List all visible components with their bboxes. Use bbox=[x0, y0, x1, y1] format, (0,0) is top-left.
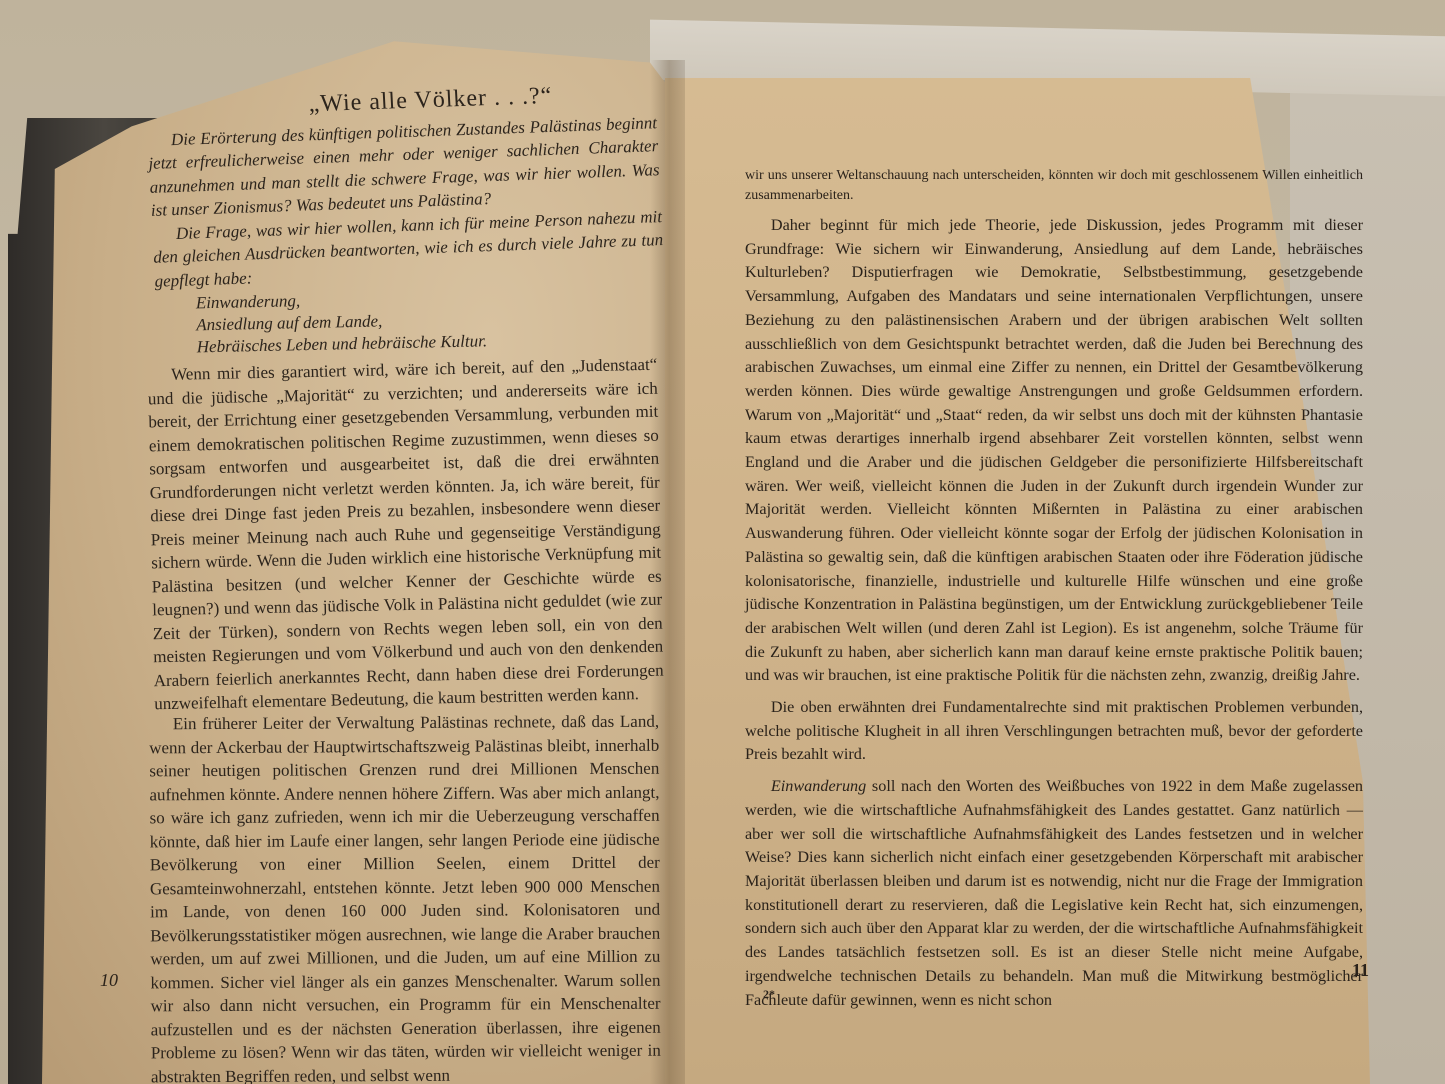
paragraph-intro: Die Erörterung des künftigen politischen… bbox=[147, 111, 662, 223]
page-number-right: 11 bbox=[1352, 960, 1369, 981]
left-page-mid-block: Einwanderung, Ansiedlung auf dem Lande, … bbox=[146, 283, 665, 716]
paragraph-daher: Daher beginnt für mich jede Theorie, jed… bbox=[745, 214, 1363, 688]
paragraph-continued: wir uns unserer Weltanschauung nach unte… bbox=[745, 166, 1363, 206]
paragraph-fundamental: Die oben erwähnten drei Fundamentalrecht… bbox=[745, 696, 1363, 767]
immigration-body: soll nach den Worten des Weißbuches von … bbox=[745, 777, 1363, 1008]
page-number-left: 10 bbox=[100, 970, 118, 991]
right-page-text: wir uns unserer Weltanschauung nach unte… bbox=[745, 166, 1363, 1012]
signature-mark: 2* bbox=[763, 987, 775, 1002]
paragraph-immigration: Einwanderung soll nach den Worten des We… bbox=[745, 775, 1363, 1012]
paragraph-population: Ein früherer Leiter der Verwaltung Paläs… bbox=[149, 709, 661, 1084]
left-page-low-block: Ein früherer Leiter der Verwaltung Paläs… bbox=[149, 709, 661, 1084]
left-page-text: „Wie alle Völker . . .?“ Die Erörterung … bbox=[150, 90, 660, 1084]
paragraph-condition: Wenn mir dies garantiert wird, wäre ich … bbox=[147, 353, 664, 716]
demands-list: Einwanderung, Ansiedlung auf dem Lande, … bbox=[196, 283, 657, 359]
left-page-top-block: „Wie alle Völker . . .?“ Die Erörterung … bbox=[145, 81, 665, 293]
immigration-lead: Einwanderung bbox=[771, 777, 866, 795]
